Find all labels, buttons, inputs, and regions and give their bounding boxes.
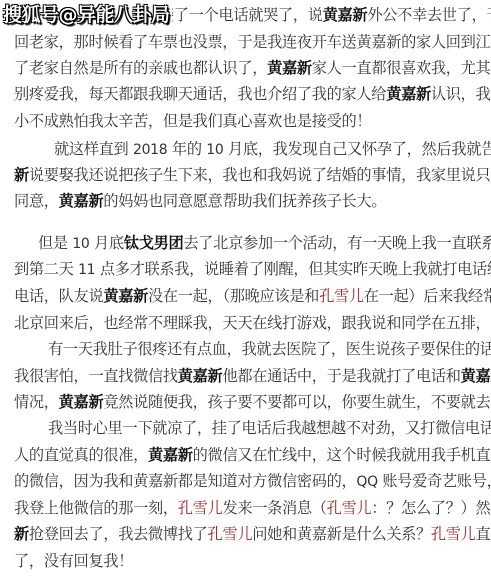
text-segment: 但是	[38, 234, 72, 252]
name-highlight-red: 孔雪儿	[327, 499, 372, 517]
text-segment: 去了北京参加一个活动，有一天晚上我一直联系不上黄嘉新，直	[183, 234, 491, 252]
text-line: 小不成熟怕我太辛苦，但是我们真心喜欢也是接受的！	[14, 111, 485, 131]
number-segment: 11	[78, 262, 95, 278]
name-highlight-bold: 黄嘉新	[178, 367, 223, 385]
watermark: 搜狐号@异能八卦局	[3, 2, 172, 28]
text-line: 了老家自然是所有的亲戚也都认识了，黄嘉新家人一直都很喜欢我，尤其是黄嘉新奶奶特	[14, 58, 485, 78]
text-segment: 别疼爱我，每天都跟我聊天通话，我也介绍了我的家人给	[14, 85, 386, 103]
number-segment: 10	[206, 142, 223, 158]
text-segment: 发来一条消息（	[222, 499, 326, 517]
name-highlight-red: 孔雪儿	[319, 287, 364, 305]
text-segment: 年的	[167, 140, 206, 158]
text-segment: 问她和黄嘉新是什么关系？	[252, 525, 431, 543]
text-line: 人的直觉真的很准，黄嘉新的微信又在忙线中，这个时候我就用我手机直接抢登了黄嘉新	[14, 445, 485, 465]
text-line: 我登上他微信的那一刻，孔雪儿发来一条消息（孔雪儿：？怎么了？）然后微信马上被黄嘉	[14, 498, 485, 518]
text-segment: 了，没有回复我！	[14, 552, 133, 570]
text-line: 我很害怕，一直找微信找黄嘉新他都在通话中，于是我就打了电话和黄嘉新说我现在的	[14, 366, 485, 386]
text-line: 了，没有回复我！	[14, 551, 485, 571]
name-highlight-bold: 黄嘉新	[323, 6, 368, 24]
text-segment: 人的直觉真的很准，	[14, 446, 148, 464]
text-line: 新说要娶我还说把孩子生下来，我也和我妈说了结婚的事情，我家里说只要我真的幸福就	[14, 165, 485, 185]
text-segment: 点多才联系我，说睡着了刚醒，但其实昨天晚上我就打电话给队友让	[95, 260, 491, 278]
text-segment: 他都在通话中，于是我就打了电话和	[222, 367, 460, 385]
text-segment: 竟然说随便我，孩子要不要都可以，你要生就生，不要就去堕胎。	[103, 393, 491, 411]
text-segment: 我当时心里一下就凉了，挂了电话后我越想越不对劲，又打微信电话给	[48, 419, 491, 437]
text-segment: 的微信又在忙线中，这个时候我就用我手机直接抢登了	[193, 446, 491, 464]
text-segment: 情况，	[14, 393, 59, 411]
text-line: 回老家，那时候看了车票也没票，于是我连夜开车送黄嘉新的家人回到江西上饶横峰，去	[14, 32, 485, 52]
name-highlight-red: 孔雪儿	[208, 525, 253, 543]
number-segment: QQ	[356, 474, 377, 490]
number-segment: 10	[72, 236, 89, 252]
text-segment: 在一起）后来我经常联系不上	[364, 287, 491, 305]
text-segment: 回老家，那时候看了车票也没票，于是我连夜开车送黄嘉新的家人回到江西上饶横峰，去	[14, 33, 491, 51]
text-segment: 我很害怕，一直找微信找	[14, 367, 178, 385]
text-line: 的微信，因为我和黄嘉新都是知道对方微信密码的，QQ 账号爱奇艺账号，腾讯账号这些…	[14, 471, 485, 491]
text-line: 别疼爱我，每天都跟我聊天通话，我也介绍了我的家人给黄嘉新认识，我家人担心他年纪	[14, 84, 485, 104]
text-segment: 外公不幸去世了，于是要急着	[367, 6, 491, 24]
text-segment: 的微信，因为我和黄嘉新都是知道对方微信密码的，	[14, 472, 356, 490]
text-line: 我当时心里一下就凉了，挂了电话后我越想越不对劲，又打微信电话给黄嘉新，女	[48, 418, 485, 438]
text-line: 但是 10 月底钛戈男团去了北京参加一个活动，有一天晚上我一直联系不上黄嘉新，直	[38, 233, 485, 253]
text-line: 新抢登回去了，我去微博找了孔雪儿问她和黄嘉新是什么关系？孔雪儿直接给我拉黑名单	[14, 524, 485, 544]
text-line: 有一天我肚子很疼还有点血，我就去医院了，医生说孩子要保住的话要保胎吃药，	[48, 339, 485, 359]
text-segment: 小不成熟怕我太辛苦，但是我们真心喜欢也是接受的！	[14, 112, 371, 130]
text-segment: 就这样直到	[54, 140, 133, 158]
name-highlight-bold: 黄嘉新	[59, 393, 104, 411]
text-segment: 北京回来后，也经常不理睬我，天天在线打游戏，跟我说和同学在五排，我也就相信了！	[14, 314, 491, 332]
text-segment: 我登上他微信的那一刻，	[14, 499, 178, 517]
name-highlight-bold: 黄嘉新	[386, 85, 431, 103]
text-segment: 到第二天	[14, 260, 78, 278]
text-segment: 同意，	[14, 192, 59, 210]
text-line: 情况，黄嘉新竟然说随便我，孩子要不要都可以，你要生就生，不要就去堕胎。	[14, 392, 485, 412]
text-line: 北京回来后，也经常不理睬我，天天在线打游戏，跟我说和同学在五排，我也就相信了！	[14, 313, 485, 333]
text-segment: 抢登回去了，我去微博找了	[29, 525, 208, 543]
text-segment: 的妈妈也同意愿意帮助我们抚养孩子长大。	[103, 192, 386, 210]
number-segment: 2018	[133, 142, 167, 158]
text-line: 就这样直到 2018 年的 10 月底，我发现自己又怀孕了，然后我就告诉黄嘉新，…	[54, 139, 485, 159]
text-segment: 直接给我拉黑名单	[476, 525, 491, 543]
name-highlight-bold: 黄嘉新	[461, 367, 491, 385]
text-segment: ：？怎么了？）然后微信马上被	[371, 499, 491, 517]
name-highlight-bold: 钛戈男团	[124, 234, 184, 252]
text-segment: 家人一直都很喜欢我，尤其是	[312, 59, 491, 77]
document-page: 搜狐号@异能八卦局 妈接了一个电话就哭了，说黄嘉新外公不幸去世了，于是要急着回老…	[0, 0, 491, 582]
name-highlight-bold: 新	[14, 525, 29, 543]
text-segment: 月底	[90, 234, 124, 252]
text-segment: 没在一起，（那晚应该是和	[148, 287, 319, 305]
name-highlight-red: 孔雪儿	[178, 499, 223, 517]
name-highlight-bold: 黄嘉新	[267, 59, 312, 77]
text-segment: 有一天我肚子很疼还有点血，我就去医院了，医生说孩子要保住的话要保胎吃药，	[48, 340, 491, 358]
text-segment: 认识，我家人担心他年纪	[431, 85, 491, 103]
text-segment: 账号爱奇艺账号，腾讯账号这些的，	[378, 472, 491, 490]
name-highlight-bold: 黄嘉新	[148, 446, 193, 464]
text-segment: 月底，我发现自己又怀孕了，然后我就告诉	[223, 140, 491, 158]
name-highlight-red: 孔雪儿	[431, 525, 476, 543]
name-highlight-bold: 新	[14, 166, 29, 184]
text-line: 电话，队友说黄嘉新没在一起，（那晚应该是和孔雪儿在一起）后来我经常联系不上黄嘉新…	[14, 286, 485, 306]
text-line: 同意，黄嘉新的妈妈也同意愿意帮助我们抚养孩子长大。	[14, 191, 485, 211]
name-highlight-bold: 黄嘉新	[103, 287, 148, 305]
text-segment: 电话，队友说	[14, 287, 103, 305]
text-line: 到第二天 11 点多才联系我，说睡着了刚醒，但其实昨天晚上我就打电话给队友让黄嘉…	[14, 259, 485, 279]
text-segment: 说要娶我还说把孩子生下来，我也和我妈说了结婚的事情，我家里说只要我真的幸福就	[29, 166, 491, 184]
text-line: 妈接了一个电话就哭了，说黄嘉新外公不幸去世了，于是要急着	[144, 5, 485, 25]
name-highlight-bold: 黄嘉新	[59, 192, 104, 210]
text-segment: 了老家自然是所有的亲戚也都认识了，	[14, 59, 267, 77]
